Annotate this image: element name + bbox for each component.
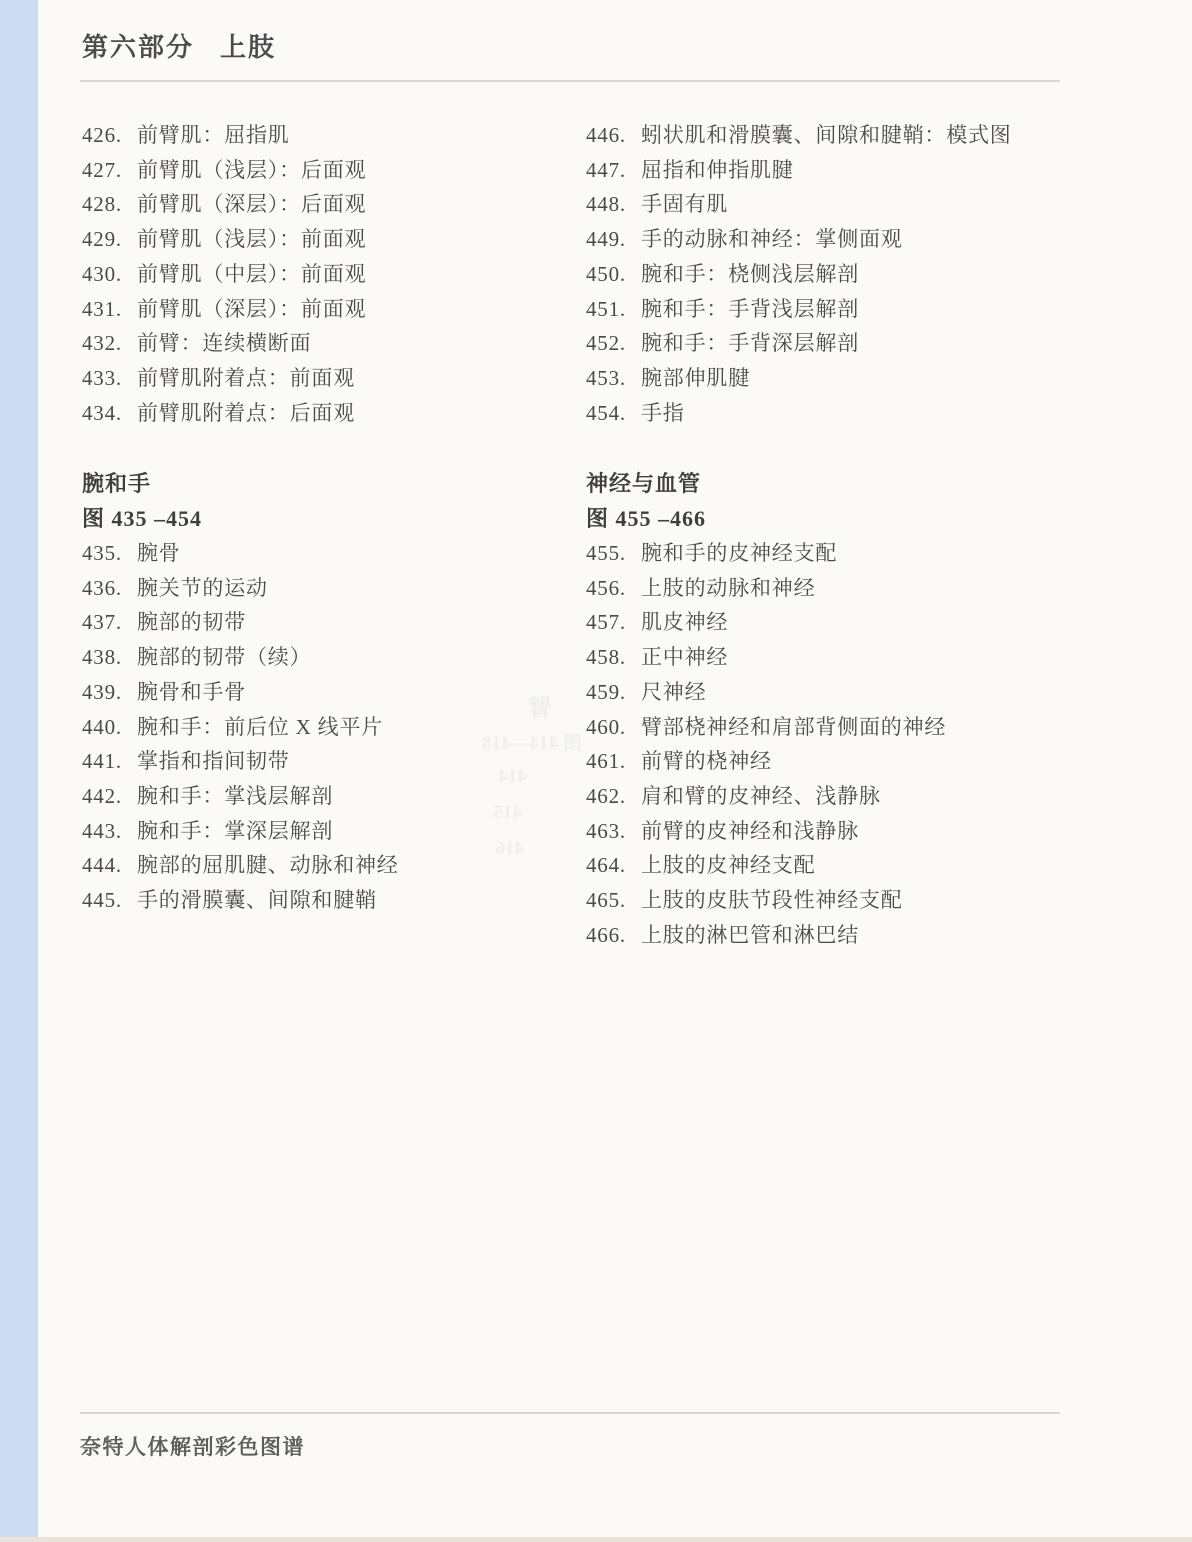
item-title: 前臂的桡神经 xyxy=(641,744,772,779)
item-title: 前臂：连续横断面 xyxy=(137,326,311,361)
item-number: 447. xyxy=(586,153,641,188)
section-figure-range: 图 455 –466 xyxy=(586,501,1166,536)
header-rule xyxy=(80,80,1060,82)
item-number: 439. xyxy=(82,675,137,710)
item-title: 腕和手的皮神经支配 xyxy=(641,536,837,571)
toc-item: 460. 臂部桡神经和肩部背侧面的神经 xyxy=(586,710,1166,745)
item-title: 腕骨和手骨 xyxy=(137,675,246,710)
book-page: 第六部分上肢 臂 图 414—418 414 415 416 426. 前臂肌：… xyxy=(0,0,1192,1542)
item-number: 426. xyxy=(82,118,137,153)
toc-list-nerves-and-vessels: 455. 腕和手的皮神经支配 456. 上肢的动脉和神经 457. 肌皮神经 xyxy=(586,536,1166,953)
item-number: 460. xyxy=(586,710,641,745)
toc-item: 438. 腕部的韧带（续） xyxy=(82,640,572,675)
item-number: 455. xyxy=(586,536,641,571)
item-number: 440. xyxy=(82,710,137,745)
toc-list-wrist-and-hand: 435. 腕骨 436. 腕关节的运动 437. 腕部的韧带 438. xyxy=(82,536,572,918)
toc-item: 446. 蚓状肌和滑膜囊、间隙和腱鞘：模式图 xyxy=(586,118,1166,153)
section-wrist-and-hand: 腕和手 图 435 –454 435. 腕骨 436. 腕关节的运动 437 xyxy=(82,466,572,918)
section-nerves-and-vessels: 神经与血管 图 455 –466 455. 腕和手的皮神经支配 456. 上肢的… xyxy=(586,466,1166,953)
toc-item: 455. 腕和手的皮神经支配 xyxy=(586,536,1166,571)
item-number: 444. xyxy=(82,848,137,883)
item-number: 466. xyxy=(586,918,641,953)
toc-item: 439. 腕骨和手骨 xyxy=(82,675,572,710)
item-number: 433. xyxy=(82,361,137,396)
item-title: 手指 xyxy=(641,396,685,431)
item-title: 腕和手：前后位 X 线平片 xyxy=(137,710,383,745)
item-number: 427. xyxy=(82,153,137,188)
item-number: 449. xyxy=(586,222,641,257)
item-number: 442. xyxy=(82,779,137,814)
toc-item: 444. 腕部的屈肌腱、动脉和神经 xyxy=(82,848,572,883)
item-number: 448. xyxy=(586,187,641,222)
item-number: 462. xyxy=(586,779,641,814)
toc-item: 452. 腕和手：手背深层解剖 xyxy=(586,326,1166,361)
toc-item: 445. 手的滑膜囊、间隙和腱鞘 xyxy=(82,883,572,918)
book-title: 奈特人体解剖彩色图谱 xyxy=(80,1431,305,1461)
item-title: 腕部的屈肌腱、动脉和神经 xyxy=(137,848,399,883)
page-bottom-edge xyxy=(0,1537,1192,1542)
item-number: 438. xyxy=(82,640,137,675)
item-number: 458. xyxy=(586,640,641,675)
toc-item: 461. 前臂的桡神经 xyxy=(586,744,1166,779)
item-number: 461. xyxy=(586,744,641,779)
item-title: 腕部伸肌腱 xyxy=(641,361,750,396)
item-title: 手的滑膜囊、间隙和腱鞘 xyxy=(137,883,377,918)
item-title: 腕和手：手背浅层解剖 xyxy=(641,292,859,327)
item-title: 蚓状肌和滑膜囊、间隙和腱鞘：模式图 xyxy=(641,118,1012,153)
item-title: 腕和手：掌深层解剖 xyxy=(137,814,333,849)
item-number: 441. xyxy=(82,744,137,779)
item-title: 腕和手：掌浅层解剖 xyxy=(137,779,333,814)
toc-item: 458. 正中神经 xyxy=(586,640,1166,675)
item-title: 腕和手：桡侧浅层解剖 xyxy=(641,257,859,292)
toc-item: 430. 前臂肌（中层）：前面观 xyxy=(82,257,572,292)
item-title: 前臂肌附着点：后面观 xyxy=(137,396,355,431)
item-number: 453. xyxy=(586,361,641,396)
toc-item: 451. 腕和手：手背浅层解剖 xyxy=(586,292,1166,327)
item-number: 463. xyxy=(586,814,641,849)
item-title: 上肢的皮神经支配 xyxy=(641,848,815,883)
toc-item: 434. 前臂肌附着点：后面观 xyxy=(82,396,572,431)
item-title: 前臂肌（深层）：后面观 xyxy=(137,187,366,222)
toc-item: 449. 手的动脉和神经：掌侧面观 xyxy=(586,222,1166,257)
toc-item: 433. 前臂肌附着点：前面观 xyxy=(82,361,572,396)
item-number: 429. xyxy=(82,222,137,257)
item-title: 尺神经 xyxy=(641,675,706,710)
item-number: 443. xyxy=(82,814,137,849)
item-number: 452. xyxy=(586,326,641,361)
toc-item: 426. 前臂肌：屈指肌 xyxy=(82,118,572,153)
toc-list-hand: 446. 蚓状肌和滑膜囊、间隙和腱鞘：模式图 447. 屈指和伸指肌腱 448.… xyxy=(586,118,1166,430)
item-title: 腕和手：手背深层解剖 xyxy=(641,326,859,361)
toc-item: 462. 肩和臂的皮神经、浅静脉 xyxy=(586,779,1166,814)
item-title: 肩和臂的皮神经、浅静脉 xyxy=(641,779,881,814)
toc-item: 466. 上肢的淋巴管和淋巴结 xyxy=(586,918,1166,953)
part-label: 第六部分 xyxy=(82,32,194,62)
toc-item: 436. 腕关节的运动 xyxy=(82,571,572,606)
toc-item: 459. 尺神经 xyxy=(586,675,1166,710)
item-number: 436. xyxy=(82,571,137,606)
item-number: 432. xyxy=(82,326,137,361)
toc-item: 441. 掌指和指间韧带 xyxy=(82,744,572,779)
toc-item: 427. 前臂肌（浅层）：后面观 xyxy=(82,153,572,188)
page-header: 第六部分上肢 xyxy=(82,33,276,61)
section-title: 腕和手 xyxy=(82,466,572,501)
item-number: 451. xyxy=(586,292,641,327)
item-number: 456. xyxy=(586,571,641,606)
toc-item: 442. 腕和手：掌浅层解剖 xyxy=(82,779,572,814)
toc-item: 454. 手指 xyxy=(586,396,1166,431)
item-number: 465. xyxy=(586,883,641,918)
toc-item: 463. 前臂的皮神经和浅静脉 xyxy=(586,814,1166,849)
toc-list-forearm: 426. 前臂肌：屈指肌 427. 前臂肌（浅层）：后面观 428. 前臂肌（深… xyxy=(82,118,572,430)
item-title: 上肢的皮肤节段性神经支配 xyxy=(641,883,903,918)
toc-item: 450. 腕和手：桡侧浅层解剖 xyxy=(586,257,1166,292)
item-title: 肌皮神经 xyxy=(641,605,728,640)
toc-item: 464. 上肢的皮神经支配 xyxy=(586,848,1166,883)
item-title: 前臂的皮神经和浅静脉 xyxy=(641,814,859,849)
item-number: 437. xyxy=(82,605,137,640)
item-title: 掌指和指间韧带 xyxy=(137,744,290,779)
item-title: 前臂肌（深层）：前面观 xyxy=(137,292,366,327)
item-title: 前臂肌（浅层）：后面观 xyxy=(137,153,366,188)
item-number: 431. xyxy=(82,292,137,327)
item-title: 手固有肌 xyxy=(641,187,728,222)
item-number: 450. xyxy=(586,257,641,292)
toc-item: 431. 前臂肌（深层）：前面观 xyxy=(82,292,572,327)
footer-rule xyxy=(80,1412,1060,1414)
item-title: 上肢的淋巴管和淋巴结 xyxy=(641,918,859,953)
item-title: 腕部的韧带（续） xyxy=(137,640,311,675)
toc-item: 437. 腕部的韧带 xyxy=(82,605,572,640)
toc-item: 447. 屈指和伸指肌腱 xyxy=(586,153,1166,188)
item-title: 手的动脉和神经：掌侧面观 xyxy=(641,222,903,257)
item-number: 459. xyxy=(586,675,641,710)
toc-item: 440. 腕和手：前后位 X 线平片 xyxy=(82,710,572,745)
item-title: 腕关节的运动 xyxy=(137,571,268,606)
item-number: 430. xyxy=(82,257,137,292)
left-edge-stripe xyxy=(0,0,38,1542)
item-title: 臂部桡神经和肩部背侧面的神经 xyxy=(641,710,946,745)
section-figure-range: 图 435 –454 xyxy=(82,501,572,536)
toc-item: 448. 手固有肌 xyxy=(586,187,1166,222)
item-number: 464. xyxy=(586,848,641,883)
item-title: 正中神经 xyxy=(641,640,728,675)
section-title: 神经与血管 xyxy=(586,466,1166,501)
item-title: 前臂肌：屈指肌 xyxy=(137,118,290,153)
part-title: 上肢 xyxy=(220,32,276,62)
item-number: 435. xyxy=(82,536,137,571)
toc-item: 456. 上肢的动脉和神经 xyxy=(586,571,1166,606)
toc-item: 432. 前臂：连续横断面 xyxy=(82,326,572,361)
item-title: 前臂肌（浅层）：前面观 xyxy=(137,222,366,257)
item-title: 前臂肌附着点：前面观 xyxy=(137,361,355,396)
toc-item: 435. 腕骨 xyxy=(82,536,572,571)
item-title: 腕部的韧带 xyxy=(137,605,246,640)
item-title: 前臂肌（中层）：前面观 xyxy=(137,257,366,292)
toc-item: 453. 腕部伸肌腱 xyxy=(586,361,1166,396)
item-number: 457. xyxy=(586,605,641,640)
item-number: 446. xyxy=(586,118,641,153)
item-title: 腕骨 xyxy=(137,536,181,571)
item-number: 428. xyxy=(82,187,137,222)
item-number: 454. xyxy=(586,396,641,431)
toc-item: 457. 肌皮神经 xyxy=(586,605,1166,640)
item-title: 屈指和伸指肌腱 xyxy=(641,153,794,188)
item-title: 上肢的动脉和神经 xyxy=(641,571,815,606)
toc-item: 465. 上肢的皮肤节段性神经支配 xyxy=(586,883,1166,918)
item-number: 445. xyxy=(82,883,137,918)
item-number: 434. xyxy=(82,396,137,431)
toc-item: 443. 腕和手：掌深层解剖 xyxy=(82,814,572,849)
toc-item: 428. 前臂肌（深层）：后面观 xyxy=(82,187,572,222)
toc-item: 429. 前臂肌（浅层）：前面观 xyxy=(82,222,572,257)
